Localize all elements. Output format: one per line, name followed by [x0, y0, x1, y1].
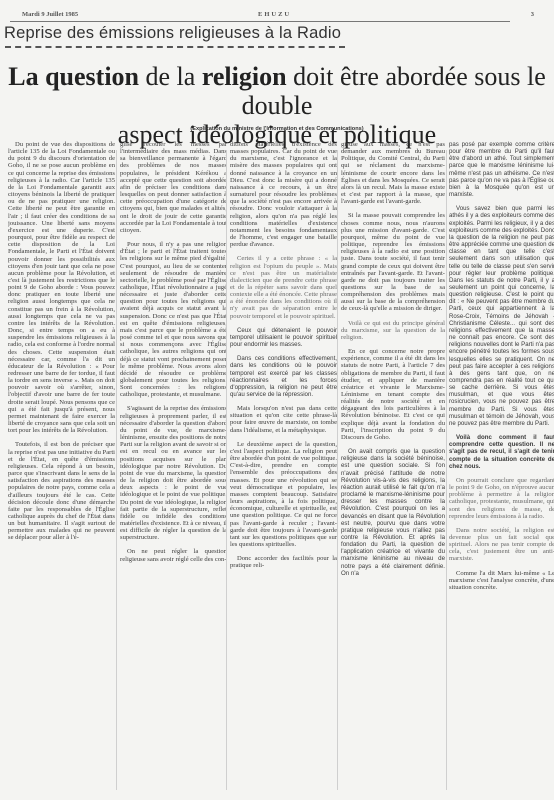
paragraph: Pour nous, il n'y a pas une religion d'É…	[120, 241, 227, 398]
paragraph: Donc accorder des facilités pour la prat…	[230, 555, 337, 569]
column-3: ditions matérielles d'existence des mass…	[230, 141, 337, 800]
paragraph: ditions matérielles d'existence des mass…	[230, 141, 337, 248]
issue-date: Mardi 9 Juillet 1985	[22, 11, 78, 18]
paragraph: Vous savez bien que parmi les athés il y…	[449, 205, 554, 427]
paragraph: Du point de vue des dispositions de l'ar…	[8, 141, 115, 434]
column-divider	[446, 150, 447, 790]
headline-bold-a: La question	[8, 62, 139, 91]
column-2: glise d'écouter les messes par l'intermé…	[120, 141, 227, 800]
paragraph: glise d'écouter les messes par l'intermé…	[120, 141, 227, 234]
column-divider	[116, 150, 117, 790]
paragraph: Toutefois, il est bon de préciser que la…	[8, 441, 115, 541]
paragraph: Voilà donc comment il faut comprendre ce…	[449, 434, 554, 470]
paragraph: Mais lorsqu'on n'est pas dans cette situ…	[230, 405, 337, 434]
paragraph: On avait compris que la question religie…	[341, 448, 445, 577]
masthead: Mardi 9 Juillet 1985 EHUZU 3	[18, 8, 538, 20]
paragraph: Comme l'a dit Marx lui-même « Le marxism…	[449, 570, 554, 591]
paragraph: On pourrait conclure que regardant le po…	[449, 477, 554, 520]
headline-bold-b: religion	[202, 62, 287, 91]
paragraph: Certes il y a cette phrase : « la religi…	[230, 255, 337, 319]
deck-subtitle: (Explication du ministre de l'Informatio…	[0, 126, 554, 132]
headline-plain-a: de la	[139, 62, 202, 91]
masthead-rule	[10, 21, 510, 22]
page-number: 3	[531, 11, 534, 18]
headline: La question de la religion doit être abo…	[0, 62, 554, 149]
paragraph: gieuse aux masses, ce n'est pas demander…	[341, 141, 445, 205]
paragraph: Le deuxième aspect de la question, c'est…	[230, 441, 337, 548]
paragraph: pas posé par exemple comme critère pour …	[449, 141, 554, 198]
paragraph: Voilà ce qui est du principe général du …	[341, 320, 445, 341]
column-divider	[226, 150, 227, 790]
paragraph: S'agissant de la reprise des émissions r…	[120, 405, 227, 541]
rubric-underline	[5, 46, 345, 48]
newspaper-name: EHUZU	[258, 11, 291, 18]
paragraph: En ce qui concerne notre propre expérien…	[341, 348, 445, 441]
column-divider	[337, 150, 338, 790]
column-5: pas posé par exemple comme critère pour …	[449, 141, 554, 800]
column-4: gieuse aux masses, ce n'est pas demander…	[341, 141, 445, 800]
paragraph: Dans notre société, la religion est deve…	[449, 527, 554, 563]
paragraph: Ceux qui détenaient le pouvoir temporel …	[230, 327, 337, 348]
column-1: Du point de vue des dispositions de l'ar…	[8, 141, 115, 800]
paragraph: Dans ces conditions effectivement, dans …	[230, 355, 337, 398]
section-rubric: Reprise des émissions religieuses à la R…	[4, 24, 341, 43]
newspaper-page: Mardi 9 Juillet 1985 EHUZU 3 Reprise des…	[0, 0, 554, 800]
headline-line-1: La question de la religion doit être abo…	[8, 62, 546, 120]
paragraph: Si la masse pouvait comprendre les chose…	[341, 212, 445, 312]
headline-plain-b: doit être abordée sous le double	[242, 62, 546, 120]
article-body: Du point de vue des dispositions de l'ar…	[8, 141, 554, 800]
paragraph: On ne peut régler la question religieuse…	[120, 548, 227, 562]
